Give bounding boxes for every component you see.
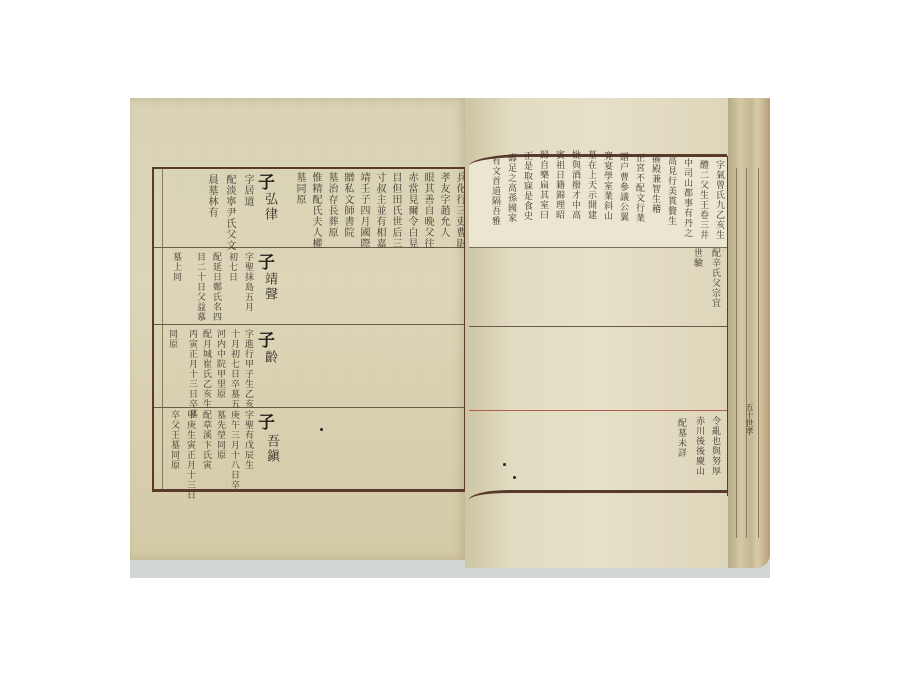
spouse-note: 世驗	[691, 248, 703, 268]
header-column: 墓治存長葬原	[324, 172, 338, 238]
page-edge-line	[746, 168, 747, 538]
son-name: 靖聲	[260, 272, 279, 302]
stacked-page-edges: 五十世孝	[728, 98, 770, 568]
entry-note: 字聖抹島五月	[242, 252, 254, 312]
row-divider	[154, 324, 464, 325]
son-name: 吾鎭	[262, 434, 281, 464]
header-column: 靖壬子四月國際	[356, 172, 370, 249]
row-divider	[469, 326, 727, 327]
header-column: 歸自樂扁其室曰	[537, 150, 549, 220]
entry-note: 字居道	[240, 174, 254, 207]
header-column: 贈户曹參議公翼	[617, 152, 629, 222]
header-column: 墓同原	[292, 172, 306, 205]
entry-note: 配淡寧尹氏父文	[222, 174, 236, 251]
entry-note: 初七日	[226, 252, 238, 282]
ink-spot	[320, 428, 323, 431]
son-marker: 子	[258, 408, 275, 433]
header-column: 正是取寐是食史	[521, 151, 533, 221]
son-name: 齡	[260, 350, 279, 365]
son-marker: 子	[258, 248, 275, 273]
row-divider	[469, 410, 727, 411]
entry-note: 墓先塋同原	[214, 410, 226, 460]
header-column: 中司山都事有丹之	[681, 158, 693, 238]
header-column: 壽足之高孫國家	[505, 153, 517, 223]
ink-spot	[513, 476, 516, 479]
inner-margin-rule	[162, 169, 163, 489]
page-edge-line	[736, 168, 737, 538]
left-page: 兵化行三吏曹尉 孝友字趙允人 眼其善自晩父往 赤當見爾令白見 目但田氏世后三 寸…	[130, 98, 468, 560]
entry-note: 配草溪卞氏寅	[200, 410, 212, 470]
header-column: 赤當見爾令白見	[404, 172, 418, 249]
entry-note: 河内中院甲里原	[214, 329, 226, 399]
header-column: 有文首道隔吾雅	[489, 156, 501, 226]
header-column: 兵化行三吏曹尉	[452, 172, 466, 249]
header-column: 高見行美貫贅生	[665, 156, 677, 226]
header-column: 墓在上天示開建	[585, 150, 597, 220]
right-page: 字氣曾氏九乙亥生 醴二父生王卷三井 中司山都事有丹之 高見行美貫贅生 擢殿兼智生…	[465, 98, 730, 568]
entry-note: 晨墓林有	[204, 174, 218, 218]
entry-note: 字聖有戊辰生	[242, 410, 254, 470]
header-column: 正宮不配文行業	[633, 153, 645, 223]
header-column: 賓祖日籍錦理昭	[553, 150, 565, 220]
header-column: 孝友字趙允人	[436, 172, 450, 238]
entry-note: 墓上同	[170, 252, 182, 282]
entry-note: 配月城崔氏乙亥生	[200, 329, 212, 409]
header-column: 寸叔主並有相嘉	[372, 172, 386, 249]
header-column: 字氣曾氏九乙亥生	[713, 160, 725, 240]
page-edge-line	[758, 168, 759, 538]
entry-note: 字進行甲子生乙亥	[242, 329, 254, 409]
son-name: 弘律	[260, 192, 279, 222]
book-photo: 兵化行三吏曹尉 孝友字趙允人 眼其善自晩父往 赤當見爾令白見 目但田氏世后三 寸…	[130, 98, 770, 578]
spouse-note: 配辛氏父宗宜	[709, 248, 721, 308]
header-column: 擢殿兼智生稽	[649, 154, 661, 214]
header-column: 目但田氏世后三	[388, 172, 402, 249]
bottom-frame-rule	[469, 490, 727, 505]
header-column: 醴二父生王卷三井	[697, 160, 709, 240]
entry-note: 卒父王墓同原	[168, 410, 180, 470]
header-column: 妣與酒撥才中高	[569, 150, 581, 220]
header-column: 眼其善自晩父往	[420, 172, 434, 249]
page-edge-tab-text: 五十世孝	[734, 403, 754, 445]
lower-entry-note: 令亂也與努厚	[709, 416, 721, 476]
row-divider	[154, 407, 464, 408]
entry-note: 甲庚生寅正月十三日	[184, 410, 196, 500]
header-column: 惟精配氏夫人權	[308, 172, 322, 249]
ink-spot	[503, 463, 506, 466]
entry-note: 庚午三月十八日卒	[228, 410, 240, 490]
header-column: 贈私文師書院	[340, 172, 354, 238]
son-marker: 子	[258, 326, 275, 351]
entry-note: 十月初七日卒墓五	[228, 329, 240, 409]
lower-entry-note: 赤川後後慶山	[693, 416, 705, 476]
header-column: 寬宴學室業斜山	[601, 151, 613, 221]
row-divider	[154, 247, 464, 248]
son-marker: 子	[258, 168, 275, 193]
entry-note: 丙寅正月十三日卒墓	[186, 329, 198, 419]
entry-note: 同原	[166, 329, 178, 349]
entry-note: 配延日鄭氏名四	[210, 252, 222, 322]
left-page-frame	[152, 167, 466, 492]
entry-note: 目二十日父益慕	[194, 252, 206, 322]
lower-entry-note: 配墓未詳	[675, 418, 687, 458]
